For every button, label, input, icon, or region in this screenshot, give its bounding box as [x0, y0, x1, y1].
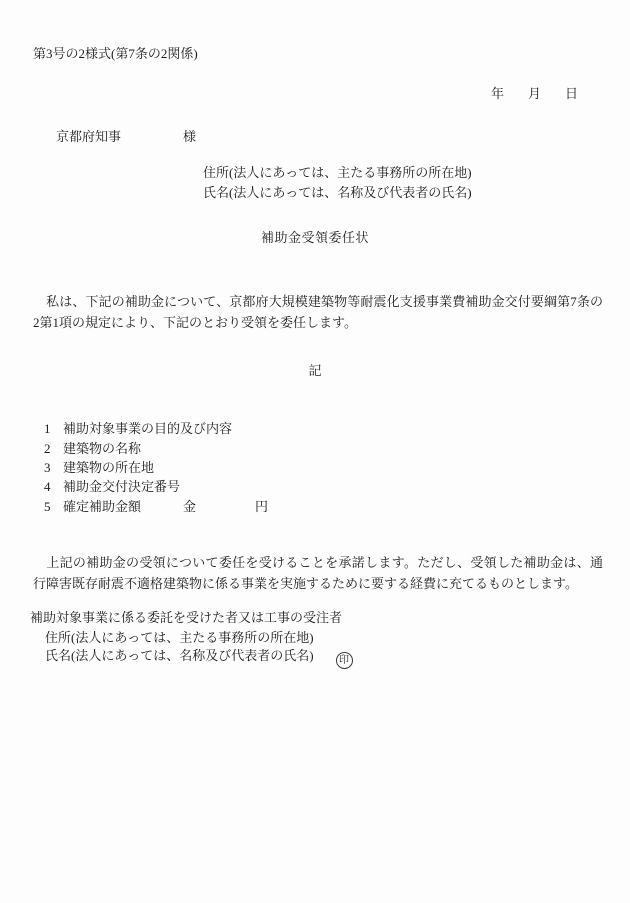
item-label: 補助対象事業の目的及び内容 [63, 422, 232, 435]
item-number: 2 [44, 442, 55, 455]
addressee-name: 京都府知事 [56, 129, 121, 144]
list-item: 1 補助対象事業の目的及び内容 [44, 419, 268, 438]
amount-prefix-label: 金 [183, 500, 196, 513]
item-number: 5 [44, 500, 55, 513]
item-list: 1 補助対象事業の目的及び内容 2 建築物の名称 3 建築物の所在地 4 補助金… [44, 419, 268, 516]
delegator-name-label: 氏名(法人にあっては、名称及び代表者の氏名) [203, 183, 472, 203]
date-year-label: 年 [491, 86, 504, 101]
form-number: 第3号の2様式(第7条の2関係) [33, 47, 198, 60]
seal-icon: 印 [336, 652, 353, 669]
item-label: 補助金交付決定番号 [63, 480, 180, 493]
item-label: 建築物の所在地 [63, 461, 154, 474]
amount-suffix-label: 円 [255, 500, 268, 513]
recipient-heading: 補助対象事業に係る委託を受けた者又は工事の受注者 [30, 611, 342, 624]
list-item: 2 建築物の名称 [44, 438, 268, 457]
item-label: 確定補助金額 [63, 500, 141, 513]
delegator-block: 住所(法人にあっては、主たる事務所の所在地) 氏名(法人にあっては、名称及び代表… [203, 163, 472, 203]
list-heading: 記 [0, 364, 630, 377]
list-item: 3 建築物の所在地 [44, 458, 268, 477]
delegator-address-label: 住所(法人にあっては、主たる事務所の所在地) [203, 163, 472, 183]
date-line: 年月日 [491, 87, 578, 100]
item-number: 3 [44, 461, 55, 474]
date-month-label: 月 [528, 86, 541, 101]
acceptance-paragraph: 上記の補助金の受領について委任を受けることを承諾します。ただし、受領した補助金は… [33, 552, 603, 594]
document-page: 第3号の2様式(第7条の2関係) 年月日 京都府知事様 住所(法人にあっては、主… [0, 0, 630, 903]
list-item-amount: 5 確定補助金額 金 円 [44, 497, 268, 516]
item-number: 1 [44, 422, 55, 435]
item-number: 4 [44, 480, 55, 493]
page-title: 補助金受領委任状 [0, 231, 630, 244]
recipient-address-label: 住所(法人にあっては、主たる事務所の所在地) [45, 631, 314, 644]
item-label: 建築物の名称 [63, 442, 141, 455]
date-day-label: 日 [565, 86, 578, 101]
addressee-honorific: 様 [183, 129, 196, 144]
list-item: 4 補助金交付決定番号 [44, 477, 268, 496]
addressee-line: 京都府知事様 [56, 130, 196, 143]
recipient-name-label: 氏名(法人にあっては、名称及び代表者の氏名) [45, 648, 314, 663]
opening-paragraph: 私は、下記の補助金について、京都府大規模建築物等耐震化支援事業費補助金交付要綱第… [33, 291, 603, 333]
recipient-name-line: 氏名(法人にあっては、名称及び代表者の氏名)印 [45, 649, 353, 669]
